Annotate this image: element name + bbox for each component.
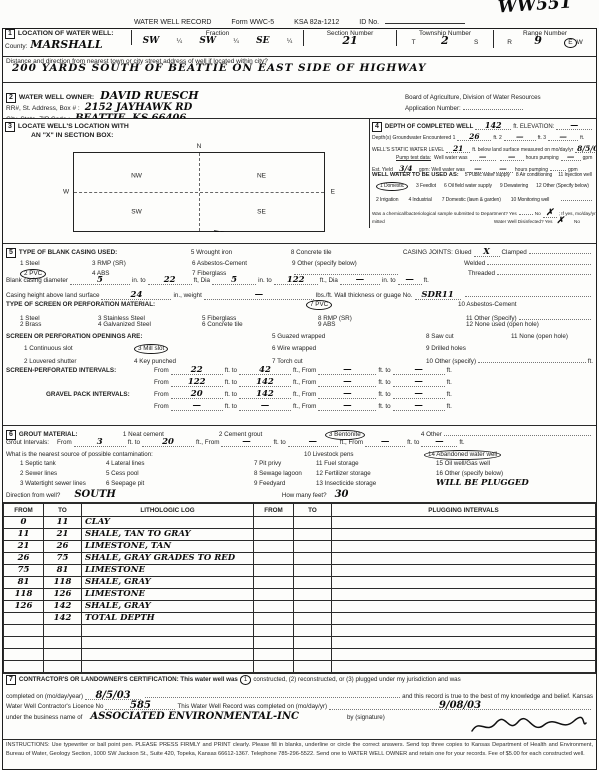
screen-interval-2-to: — [414, 367, 423, 374]
constructed-1: 1 [244, 676, 247, 683]
section-5-casing: 5 TYPE OF BLANK CASING USED: 5 Wrought i… [3, 243, 596, 425]
grout-interval-2-to: — [308, 439, 317, 446]
cell-to: 75 [57, 553, 69, 563]
section-4-number: 4 [372, 122, 382, 132]
col-to-2: TO [294, 504, 332, 517]
range-r: R [507, 39, 512, 46]
quadrant-ne: NE [254, 173, 269, 180]
option-oil-gas-well: 15 Oil well/Gas well [436, 460, 490, 467]
ft-to-label: ft. to [378, 379, 390, 386]
depth-completed-label: DEPTH OF COMPLETED WELL [385, 124, 473, 130]
cell-to: 11 [57, 517, 69, 527]
ft-2-label: ft. 2 [493, 135, 501, 141]
option-continuous-slot: 1 Continuous slot [24, 345, 134, 352]
dotted-line: 9/08/03 [329, 701, 591, 710]
licence-value: 585 [130, 702, 151, 709]
option-screen-abs: 9 ABS [318, 321, 466, 328]
option-watertight-sewer: 3 Watertight sewer lines [20, 480, 106, 487]
sample-no-x-mark: ✗ [546, 210, 554, 217]
option-air-conditioning: 8 Air conditioning [516, 172, 552, 178]
instructions-section: INSTRUCTIONS: Use typewriter or ball poi… [3, 739, 596, 770]
ft-to-label: ft. to [225, 367, 237, 374]
dashed-horizontal-line [74, 192, 324, 193]
gravel-interval-2-to: — [414, 391, 423, 398]
option-rmp: 3 RMP (SR) [92, 260, 192, 267]
ft-label: ft. [588, 358, 593, 365]
cell-log: TOTAL DEPTH [85, 613, 155, 623]
cell-to: 126 [54, 589, 72, 599]
licence-label: Water Well Contractor's Licence No [6, 703, 103, 710]
dotted-line [465, 288, 591, 297]
option-abandoned-well-circled: 14 Abandoned water well [424, 450, 501, 460]
sample-no-label: No [535, 211, 541, 216]
dotted-line [550, 162, 566, 171]
ft-to-label: ft. to [378, 391, 390, 398]
cell-from: 118 [15, 589, 33, 599]
screen-interval-1-to: 42 [259, 367, 271, 374]
casing-diameter-2: 5 [231, 277, 237, 284]
table-row: 2126LIMESTONE, TAN [4, 541, 596, 553]
ft-label: ft. [424, 277, 429, 284]
grout-interval-from: 3 [97, 439, 103, 446]
option-abandoned-well: 14 Abandoned water well [428, 451, 497, 458]
option-screen-pvc: 7 PVC [310, 301, 328, 308]
wall-thickness-value: SDR11 [421, 292, 453, 299]
gravel-interval-3-to: — [261, 403, 270, 410]
option-brass: 2 Brass [20, 321, 98, 328]
option-domestic-lawn: 7 Domestic (lawn & garden) [442, 197, 501, 203]
option-lateral-lines: 4 Lateral lines [106, 460, 254, 467]
in-to-label: in. to [132, 277, 146, 284]
dotted-line [487, 256, 591, 265]
option-wire-wrapped: 6 Wire wrapped [272, 345, 426, 352]
option-screen-pvc-circled: 7 PVC [306, 300, 332, 310]
option-none-open-hole: 11 None (open hole) [511, 333, 568, 340]
in-to-label: in. to [258, 277, 272, 284]
option-feedlot: 3 Feedlot [416, 183, 436, 189]
groundwater-label: Depth(s) Groundwater Encountered 1 [372, 135, 455, 141]
business-name-value: ASSOCIATED ENVIRONMENTAL-INC [90, 713, 299, 720]
option-wrought-iron: 5 Wrought iron [191, 249, 291, 256]
option-domestic: 1 Domestic [380, 183, 404, 189]
section-7-certification: 7 CONTRACTOR'S OR LANDOWNER'S CERTIFICAT… [3, 673, 596, 739]
screen-interval-1-from: 22 [191, 367, 203, 374]
fraction-cell: Fraction SW ¼ SW ¼ SE ¼ [131, 30, 303, 45]
township-cell: Township Number T 2 S [396, 30, 493, 46]
groundwater-1-value: 26 [469, 133, 479, 140]
cell-log: SHALE, GRAY [85, 601, 151, 611]
section-1-title: LOCATION OF WATER WELL: [18, 30, 114, 37]
casing-joints-label: CASING JOINTS: Glued [403, 249, 472, 256]
joints-clamped-label: Clamped [502, 249, 527, 256]
direction-label: Direction from well? [6, 492, 60, 499]
dotted-line [478, 354, 586, 363]
option-seepage-pit: 6 Seepage pit [106, 480, 254, 487]
from-label: From [57, 439, 72, 446]
section-5-number: 5 [6, 248, 16, 258]
grout-interval-3-to: — [435, 439, 444, 446]
quarter-glyph: ¼ [233, 38, 238, 45]
cell-from: 126 [15, 601, 33, 611]
board-block: Board of Agriculture, Division of Water … [405, 84, 593, 112]
table-row: 011CLAY [4, 517, 596, 529]
form-number: Form WWC-5 [231, 19, 274, 26]
well-water-was-label: Well water was [434, 155, 468, 161]
yield-hours-value: — [499, 165, 507, 172]
option-screen-concrete: 6 Concrete tile [202, 321, 318, 328]
option-drilled-holes: 9 Drilled holes [426, 345, 466, 352]
table-row [4, 649, 596, 661]
township-s: S [474, 39, 478, 46]
township-t: T [412, 39, 416, 46]
section-number-cell: Section Number 21 [303, 30, 396, 46]
section-2-number: 2 [6, 93, 16, 103]
option-livestock-pens: 10 Livestock pens [304, 451, 424, 458]
section-4-depth: 4 DEPTH OF COMPLETED WELL 142 ft. ELEVAT… [369, 119, 596, 228]
cell-log: SHALE, GRAY GRADES TO RED [85, 553, 235, 563]
disinfected-yes-x-mark: ✗ [556, 218, 564, 225]
range-e: E [568, 39, 572, 46]
section-3-number: 3 [5, 122, 15, 132]
ft-to-label: ft. to [273, 439, 285, 446]
groundwater-3-value: — [559, 133, 567, 140]
quadrant-nw: NW [128, 173, 145, 180]
county-cell: 1 LOCATION OF WATER WELL: County: MARSHA… [3, 29, 131, 50]
cell-to: 142 [54, 601, 72, 611]
fraction-label: Fraction [134, 30, 301, 37]
casing-diameter-label: Blank casing diameter [6, 277, 68, 284]
cell-from: 75 [18, 565, 30, 575]
option-key-punched: 4 Key punched [134, 358, 272, 365]
ft-label: ft. [447, 403, 452, 410]
col-to: TO [44, 504, 82, 517]
application-number-label: Application Number: [405, 105, 461, 112]
ft-dia-label-2: ft., Dia [320, 277, 338, 284]
dotted-line [519, 311, 591, 320]
gpm-label: gpm [583, 155, 593, 161]
id-label: ID No. [359, 19, 379, 26]
option-torch-cut: 7 Torch cut [272, 358, 426, 365]
compass-n: N [197, 143, 202, 150]
range-east-circled: E [564, 38, 576, 48]
cell-to: 26 [57, 541, 69, 551]
signature-scribble [470, 716, 588, 738]
ft-from-label: ft., From [340, 439, 363, 446]
distance-row: Distance and direction from nearest town… [3, 56, 596, 82]
est-yield-value: 3/4 [399, 165, 412, 172]
grout-interval-to: 20 [162, 439, 174, 446]
ft-from-label: ft., From [196, 439, 219, 446]
cell-log: LIMESTONE [85, 589, 145, 599]
table-row: 118126LIMESTONE [4, 589, 596, 601]
cell-from: 11 [18, 529, 30, 539]
quadrant-se: SE [254, 209, 269, 216]
option-cess-pool: 5 Cess pool [106, 470, 254, 477]
depth-completed-value: 142 [485, 122, 502, 129]
how-many-feet-label: How many feet? [282, 492, 327, 499]
casing-diameter-3: — [356, 277, 365, 284]
ft-to-label: ft. to [378, 367, 390, 374]
joints-threaded-label: Threaded [468, 270, 495, 277]
col-from-2: FROM [254, 504, 294, 517]
option-irrigation: 2 Irrigation [376, 197, 398, 203]
screen-interval-3-to: 142 [256, 379, 274, 386]
table-row: 2675SHALE, GRAY GRADES TO RED [4, 553, 596, 565]
ft-from-label: ft., From [293, 391, 316, 398]
dotted-line [444, 427, 591, 436]
groundwater-2-value: — [516, 133, 524, 140]
section-box-diagram: N S W E NW NE SW SE X [73, 152, 325, 232]
record-completed-label: This Water Well Record was completed on … [177, 703, 327, 710]
fraction-q3: SE [256, 38, 269, 45]
fraction-q2: SW [199, 38, 216, 45]
ft-to-label: ft. to [378, 403, 390, 410]
yield-ft-value: — [474, 165, 482, 172]
option-other-use: 12 Other (Specify below) [536, 183, 589, 189]
wall-thickness-label: lbs./ft. Wall thickness or guage No. [316, 292, 413, 299]
ft-label: ft. [447, 367, 452, 374]
table-row: 81118SHALE, GRAY [4, 577, 596, 589]
table-row [4, 637, 596, 649]
certification-line2b: and this record is true to the best of m… [402, 693, 593, 700]
ft-to-label: ft. to [225, 403, 237, 410]
id-underline [385, 16, 465, 24]
ft-to-label: ft. to [407, 439, 419, 446]
gravel-interval-4-to: — [414, 403, 423, 410]
static-level-date: 8/5/03 [577, 145, 596, 152]
constructed-1-circled: 1 [240, 675, 251, 685]
casing-depth-1: 22 [164, 277, 176, 284]
record-date-value: 9/08/03 [439, 702, 481, 709]
certification-title: CONTRACTOR'S OR LANDOWNER'S CERTIFICATIO… [19, 676, 238, 683]
ft-3-label: ft. 3 [538, 135, 546, 141]
county-value: MARSHALL [30, 41, 102, 48]
use-label: WELL WATER TO BE USED AS: [372, 172, 459, 178]
range-cell: Range Number R 9 EW [493, 30, 596, 48]
contam-other-value: WILL BE PLUGGED [436, 480, 529, 487]
owner-name: DAVID RUESCH [100, 92, 199, 99]
col-lithologic-log: LITHOLOGIC LOG [82, 504, 254, 517]
screen-interval-3-from: 122 [188, 379, 206, 386]
ft-from-label: ft., From [293, 367, 316, 374]
hours-pumping-label: hours pumping [526, 155, 559, 161]
signature-label: by (signature) [347, 714, 385, 721]
static-level-value: 21 [453, 145, 463, 152]
table-row: 126142SHALE, GRAY [4, 601, 596, 613]
quarter-glyph: ¼ [287, 38, 292, 45]
option-guazed: 5 Guazed wrapped [272, 333, 426, 340]
lithologic-log-section: FROM TO LITHOLOGIC LOG FROM TO PLUGGING … [3, 502, 596, 673]
instructions-text: INSTRUCTIONS: Use typewriter or ball poi… [6, 741, 593, 758]
certification-line1b: constructed, (2) reconstructed, or (3) p… [253, 676, 460, 683]
water-well-record-form: WATER WELL RECORD Form WWC-5 KSA 82a-121… [0, 0, 599, 770]
option-dewatering: 9 Dewatering [500, 183, 528, 189]
pump-test-label: Pump test data: [396, 155, 431, 161]
owner-block: 2 WATER WELL OWNER: DAVID RUESCH RR#, St… [6, 92, 405, 118]
cell-log: CLAY [85, 517, 110, 527]
screen-material-title: TYPE OF SCREEN OR PERFORATION MATERIAL: [6, 301, 306, 308]
gravel-pack-label: GRAVEL PACK INTERVALS: [6, 391, 154, 398]
pump-gpm-value: — [567, 153, 575, 160]
section-1-number: 1 [5, 29, 15, 39]
handwritten-well-id: WW551 [498, 0, 572, 12]
township-value: 2 [441, 37, 449, 44]
gravel-interval-2-from: — [343, 391, 352, 398]
option-mill-slot-circled: 3 Mill slot [134, 344, 168, 354]
ft-label: ft. [447, 391, 452, 398]
pump-ft-value: — [479, 153, 487, 160]
screen-interval-2-from: — [343, 367, 352, 374]
option-fuel-storage: 11 Fuel storage [316, 460, 436, 467]
pump-hours-value: — [508, 153, 516, 160]
cell-to: 81 [57, 565, 69, 575]
contamination-label: What is the nearest source of possible c… [6, 451, 304, 458]
dotted-line [519, 206, 533, 215]
cell-log: SHALE, GRAY [85, 577, 151, 587]
completed-on-label: completed on (mo/day/year) [6, 693, 83, 700]
col-plugging-intervals: PLUGGING INTERVALS [332, 504, 596, 517]
table-row: 7581LIMESTONE [4, 565, 596, 577]
casing-depth-2: 122 [287, 277, 305, 284]
section-3-locate: 3 LOCATE WELL'S LOCATION WITH AN "X" IN … [3, 120, 369, 232]
option-concrete-tile: 8 Concrete tile [291, 249, 403, 256]
table-header-row: FROM TO LITHOLOGIC LOG FROM TO PLUGGING … [4, 504, 596, 517]
cell-from: 21 [18, 541, 30, 551]
gravel-interval-4-from: — [343, 403, 352, 410]
quarter-glyph: ¼ [177, 38, 182, 45]
ft-label: ft. [447, 379, 452, 386]
address-label: RR#, St. Address, Box # : [6, 105, 80, 112]
option-louvered: 2 Louvered shutter [24, 358, 134, 365]
quadrant-sw: SW [128, 209, 144, 216]
static-level-label: WELL'S STATIC WATER LEVEL [372, 147, 444, 153]
casing-title: TYPE OF BLANK CASING USED: [19, 249, 191, 256]
option-bentonite: 3 Bentonite [329, 431, 361, 438]
dotted-line [529, 245, 591, 254]
grout-interval-2-from: — [242, 439, 251, 446]
section-7-number: 7 [6, 675, 16, 685]
completed-date-value: 8/5/03 [95, 692, 130, 699]
from-label: From [154, 391, 169, 398]
in-to-label: in. to [382, 277, 396, 284]
dotted-line: — [556, 121, 592, 130]
grout-interval-3-from: — [381, 439, 390, 446]
screen-interval-4-from: — [343, 379, 352, 386]
form-title: WATER WELL RECORD [134, 19, 212, 26]
option-oil-field: 6 Oil field water supply [444, 183, 492, 189]
option-sewer-lines: 2 Sewer lines [20, 470, 106, 477]
range-label: Range Number [496, 30, 594, 37]
sample-ifyes-label: ; If yes, mo/day/yrs sample was sub- [559, 211, 596, 216]
col-from: FROM [4, 504, 44, 517]
county-label: County: [5, 43, 27, 50]
table-row: 1121SHALE, TAN TO GRAY [4, 529, 596, 541]
option-none-used: 12 None used (open hole) [466, 321, 539, 328]
cell-from: 81 [18, 577, 30, 587]
option-domestic-circled: 1 Domestic [376, 182, 408, 191]
disinfected-no-label: No [574, 219, 580, 224]
cell-to: 21 [57, 529, 69, 539]
casing-height-label: Casing height above land surface [6, 292, 99, 299]
option-septic-tank: 1 Septic tank [20, 460, 106, 467]
compass-e: E [331, 189, 335, 196]
cell-log: LIMESTONE, TAN [85, 541, 171, 551]
table-row [4, 625, 596, 637]
openings-title: SCREEN OR PERFORATION OPENINGS ARE: [6, 333, 272, 340]
screen-intervals-label: SCREEN-PERFORATED INTERVALS: [6, 367, 154, 374]
option-feedyard: 9 Feedyard [254, 480, 316, 487]
cell-log: LIMESTONE [85, 565, 145, 575]
gravel-interval-1-to: 142 [256, 391, 274, 398]
option-monitoring-well: 10 Monitoring well [511, 197, 550, 203]
cell-from: 26 [18, 553, 30, 563]
ft-to-label: ft. to [225, 379, 237, 386]
screen-interval-4-to: — [414, 379, 423, 386]
option-injection-well: 11 Injection well [558, 172, 592, 178]
option-contam-other: 16 Other (specify below) [436, 470, 503, 477]
weight-value: — [255, 292, 264, 299]
option-screen-asbestos: 10 Asbestos-Cement [458, 301, 516, 308]
locate-title-1: LOCATE WELL'S LOCATION WITH [18, 123, 129, 130]
cell-to: 142 [54, 613, 72, 623]
ft-dia-label: ft, Dia [194, 277, 210, 284]
casing-height-value: 24 [131, 292, 143, 299]
table-row: 142TOTAL DEPTH [4, 613, 596, 625]
section-number-value: 21 [342, 34, 357, 46]
ksa-number: KSA 82a-1212 [294, 19, 339, 26]
section-3-4-row: 3 LOCATE WELL'S LOCATION WITH AN "X" IN … [3, 118, 596, 243]
ft-to-label: ft. to [128, 439, 140, 446]
range-value: 9 [534, 37, 542, 44]
ft-from-label: ft., From [293, 403, 316, 410]
elevation-value: — [570, 122, 578, 129]
option-galvanized: 4 Galvanized Steel [98, 321, 202, 328]
weight-label: in., weight [173, 292, 201, 299]
joints-glued-x-mark: X [483, 249, 490, 256]
from-label: From [154, 379, 169, 386]
range-w: W [577, 39, 583, 46]
direction-value: SOUTH [74, 491, 116, 498]
option-asbestos-cement: 6 Asbestos-Cement [192, 260, 292, 267]
section-6-grout: 6 GROUT MATERIAL: 1 Neat cement 2 Cement… [3, 425, 596, 502]
casing-diameter-1: 5 [97, 277, 103, 284]
grout-intervals-label: Grout Intervals: [6, 439, 49, 446]
ft-label: ft. [459, 439, 464, 446]
lithologic-log-table: FROM TO LITHOLOGIC LOG FROM TO PLUGGING … [3, 503, 596, 673]
address-value: 2152 JAYHAWK RD [85, 104, 193, 111]
joints-welded-label: Welded [464, 260, 485, 267]
option-pit-privy: 7 Pit privy [254, 460, 316, 467]
option-industrial: 4 Industrial [408, 197, 431, 203]
business-name-label: under the business name of [6, 714, 82, 721]
from-label: From [154, 367, 169, 374]
option-sewage-lagoon: 8 Sewage lagoon [254, 470, 316, 477]
cell-from: 0 [21, 517, 27, 527]
fraction-q1: SW [143, 38, 160, 45]
ft-label: ft. [580, 135, 584, 141]
form-body: 1 LOCATION OF WATER WELL: County: MARSHA… [2, 28, 597, 770]
option-steel-casing: 1 Steel [20, 260, 92, 267]
option-saw-cut: 8 Saw cut [426, 333, 511, 340]
option-mill-slot: 3 Mill slot [138, 345, 164, 352]
gravel-interval-3-from: — [192, 403, 201, 410]
dotted-line [497, 266, 591, 275]
board-label: Board of Agriculture, Division of Water … [405, 94, 593, 101]
sample-mitted-label: mitted [372, 219, 385, 224]
grout-title: GROUT MATERIAL: [19, 431, 123, 438]
sample-question-label: Was a chemical/bacteriological sample su… [372, 211, 517, 216]
cell-to: 118 [54, 577, 72, 587]
